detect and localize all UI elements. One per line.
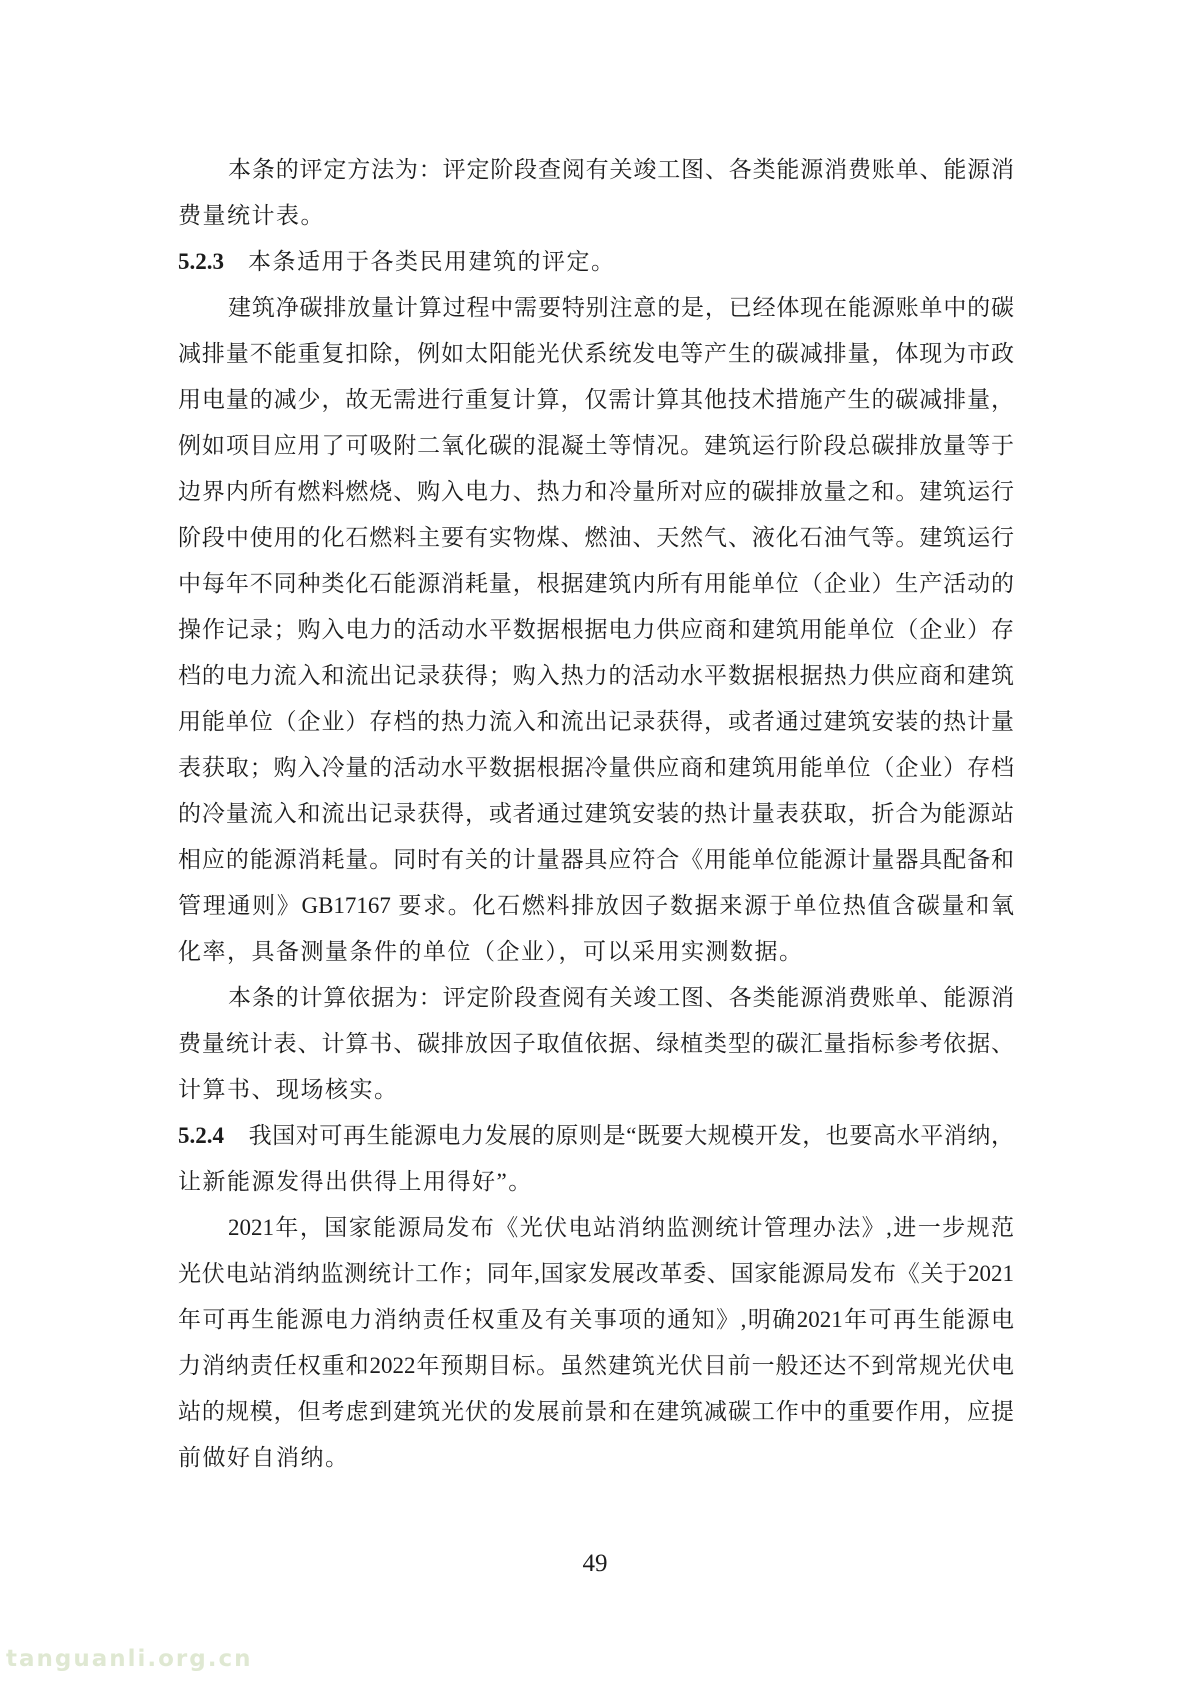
line-text: 建筑净碳排放量计算过程中需要特别注意的是，已经体现在能源账单中的碳 bbox=[228, 295, 1014, 320]
line-text: 力消纳责任权重和2022年预期目标。虽然建筑光伏目前一般还达不到常规光伏电 bbox=[178, 1353, 1014, 1378]
text-line: 阶段中使用的化石燃料主要有实物煤、燃油、天然气、液化石油气等。建筑运行 bbox=[178, 515, 1014, 561]
line-text: 化率，具备测量条件的单位（企业），可以采用实测数据。 bbox=[178, 939, 804, 964]
text-line: 操作记录；购入电力的活动水平数据根据电力供应商和建筑用能单位（企业）存 bbox=[178, 607, 1014, 653]
line-text: 年可再生能源电力消纳责任权重及有关事项的通知》,明确2021年可再生能源电 bbox=[178, 1307, 1014, 1332]
text-line: 相应的能源消耗量。同时有关的计量器具应符合《用能单位能源计量器具配备和 bbox=[178, 837, 1014, 883]
line-text: 本条适用于各类民用建筑的评定。 bbox=[248, 249, 616, 274]
section-number: 5.2.4 bbox=[178, 1123, 248, 1148]
line-text: 边界内所有燃料燃烧、购入电力、热力和冷量所对应的碳排放量之和。建筑运行 bbox=[178, 479, 1014, 504]
line-text: 操作记录；购入电力的活动水平数据根据电力供应商和建筑用能单位（企业）存 bbox=[178, 617, 1014, 642]
text-line: 2021年，国家能源局发布《光伏电站消纳监测统计管理办法》,进一步规范 bbox=[178, 1205, 1014, 1251]
text-line: 光伏电站消纳监测统计工作；同年,国家发展改革委、国家能源局发布《关于2021 bbox=[178, 1251, 1014, 1297]
line-text: 用电量的减少，故无需进行重复计算，仅需计算其他技术措施产生的碳减排量， bbox=[178, 387, 1014, 412]
text-line: 减排量不能重复扣除，例如太阳能光伏系统发电等产生的碳减排量，体现为市政 bbox=[178, 331, 1014, 377]
text-line: 年可再生能源电力消纳责任权重及有关事项的通知》,明确2021年可再生能源电 bbox=[178, 1297, 1014, 1343]
text-line: 边界内所有燃料燃烧、购入电力、热力和冷量所对应的碳排放量之和。建筑运行 bbox=[178, 469, 1014, 515]
line-text: 本条的计算依据为：评定阶段查阅有关竣工图、各类能源消费账单、能源消 bbox=[228, 985, 1014, 1010]
line-text: 例如项目应用了可吸附二氧化碳的混凝土等情况。建筑运行阶段总碳排放量等于 bbox=[178, 433, 1014, 458]
line-text: 费量统计表。 bbox=[178, 203, 325, 228]
line-text: 站的规模，但考虑到建筑光伏的发展前景和在建筑减碳工作中的重要作用，应提 bbox=[178, 1399, 1014, 1424]
text-line: 力消纳责任权重和2022年预期目标。虽然建筑光伏目前一般还达不到常规光伏电 bbox=[178, 1343, 1014, 1389]
line-text: 中每年不同种类化石能源消耗量，根据建筑内所有用能单位（企业）生产活动的 bbox=[178, 571, 1014, 596]
line-text: 阶段中使用的化石燃料主要有实物煤、燃油、天然气、液化石油气等。建筑运行 bbox=[178, 525, 1014, 550]
text-line: 建筑净碳排放量计算过程中需要特别注意的是，已经体现在能源账单中的碳 bbox=[178, 285, 1014, 331]
body-text: 本条的评定方法为：评定阶段查阅有关竣工图、各类能源消费账单、能源消费量统计表。5… bbox=[178, 147, 1014, 1481]
line-text: 相应的能源消耗量。同时有关的计量器具应符合《用能单位能源计量器具配备和 bbox=[178, 847, 1014, 872]
text-line: 用电量的减少，故无需进行重复计算，仅需计算其他技术措施产生的碳减排量， bbox=[178, 377, 1014, 423]
page-number: 49 bbox=[0, 1548, 1190, 1580]
text-line: 的冷量流入和流出记录获得，或者通过建筑安装的热计量表获取，折合为能源站 bbox=[178, 791, 1014, 837]
line-text: 档的电力流入和流出记录获得；购入热力的活动水平数据根据热力供应商和建筑 bbox=[178, 663, 1014, 688]
watermark: tanguanli.org.cn bbox=[6, 1646, 252, 1672]
line-text: 管理通则》GB17167 要求。化石燃料排放因子数据来源于单位热值含碳量和氧 bbox=[178, 893, 1014, 918]
text-line: 费量统计表。 bbox=[178, 193, 1014, 239]
text-line: 5.2.4我国对可再生能源电力发展的原则是“既要大规模开发，也要高水平消纳， bbox=[178, 1113, 1014, 1159]
text-line: 中每年不同种类化石能源消耗量，根据建筑内所有用能单位（企业）生产活动的 bbox=[178, 561, 1014, 607]
text-line: 档的电力流入和流出记录获得；购入热力的活动水平数据根据热力供应商和建筑 bbox=[178, 653, 1014, 699]
line-text: 计算书、现场核实。 bbox=[178, 1077, 399, 1102]
line-text: 光伏电站消纳监测统计工作；同年,国家发展改革委、国家能源局发布《关于2021 bbox=[178, 1261, 1014, 1286]
text-line: 前做好自消纳。 bbox=[178, 1435, 1014, 1481]
text-line: 用能单位（企业）存档的热力流入和流出记录获得，或者通过建筑安装的热计量 bbox=[178, 699, 1014, 745]
line-text: 用能单位（企业）存档的热力流入和流出记录获得，或者通过建筑安装的热计量 bbox=[178, 709, 1014, 734]
text-line: 让新能源发得出供得上用得好”。 bbox=[178, 1159, 1014, 1205]
line-text: 表获取；购入冷量的活动水平数据根据冷量供应商和建筑用能单位（企业）存档 bbox=[178, 755, 1014, 780]
text-line: 表获取；购入冷量的活动水平数据根据冷量供应商和建筑用能单位（企业）存档 bbox=[178, 745, 1014, 791]
line-text: 减排量不能重复扣除，例如太阳能光伏系统发电等产生的碳减排量，体现为市政 bbox=[178, 341, 1014, 366]
line-text: 我国对可再生能源电力发展的原则是“既要大规模开发，也要高水平消纳， bbox=[248, 1123, 1014, 1148]
text-line: 例如项目应用了可吸附二氧化碳的混凝土等情况。建筑运行阶段总碳排放量等于 bbox=[178, 423, 1014, 469]
text-line: 计算书、现场核实。 bbox=[178, 1067, 1014, 1113]
text-line: 费量统计表、计算书、碳排放因子取值依据、绿植类型的碳汇量指标参考依据、 bbox=[178, 1021, 1014, 1067]
text-line: 本条的计算依据为：评定阶段查阅有关竣工图、各类能源消费账单、能源消 bbox=[178, 975, 1014, 1021]
line-text: 本条的评定方法为：评定阶段查阅有关竣工图、各类能源消费账单、能源消 bbox=[228, 157, 1014, 182]
line-text: 2021年，国家能源局发布《光伏电站消纳监测统计管理办法》,进一步规范 bbox=[228, 1215, 1014, 1240]
document-page: 本条的评定方法为：评定阶段查阅有关竣工图、各类能源消费账单、能源消费量统计表。5… bbox=[0, 0, 1190, 1683]
text-line: 化率，具备测量条件的单位（企业），可以采用实测数据。 bbox=[178, 929, 1014, 975]
text-line: 本条的评定方法为：评定阶段查阅有关竣工图、各类能源消费账单、能源消 bbox=[178, 147, 1014, 193]
line-text: 让新能源发得出供得上用得好”。 bbox=[178, 1169, 533, 1194]
text-line: 站的规模，但考虑到建筑光伏的发展前景和在建筑减碳工作中的重要作用，应提 bbox=[178, 1389, 1014, 1435]
line-text: 的冷量流入和流出记录获得，或者通过建筑安装的热计量表获取，折合为能源站 bbox=[178, 801, 1014, 826]
text-line: 5.2.3本条适用于各类民用建筑的评定。 bbox=[178, 239, 1014, 285]
line-text: 费量统计表、计算书、碳排放因子取值依据、绿植类型的碳汇量指标参考依据、 bbox=[178, 1031, 1014, 1056]
line-text: 前做好自消纳。 bbox=[178, 1445, 350, 1470]
section-number: 5.2.3 bbox=[178, 249, 248, 274]
text-line: 管理通则》GB17167 要求。化石燃料排放因子数据来源于单位热值含碳量和氧 bbox=[178, 883, 1014, 929]
